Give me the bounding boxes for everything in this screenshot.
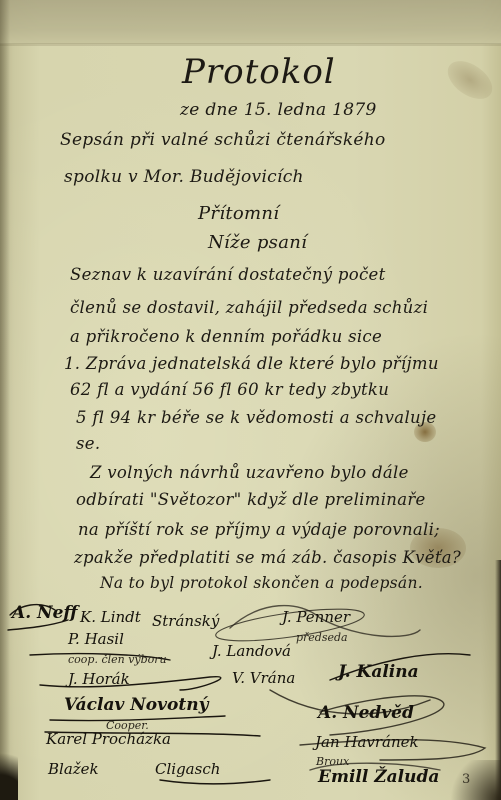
signature: A. Nedvěd <box>318 703 414 723</box>
signature: Cligasch <box>155 760 220 778</box>
signature-role: coop. člen výboru <box>68 653 167 666</box>
body-line: 1. Zpráva jednatelská dle které bylo pří… <box>64 354 439 373</box>
paper-stain <box>441 53 499 106</box>
signature: V. Vrána <box>232 669 295 687</box>
page-top-shadow <box>0 0 501 44</box>
body-line: na příští rok se příjmy a výdaje porovna… <box>78 520 440 539</box>
signature-role: předseda <box>296 631 348 644</box>
body-line: Z volných návrhů uzavřeno bylo dále <box>90 463 409 482</box>
closing-line: Na to byl protokol skončen a podepsán. <box>100 574 423 592</box>
signature: J. Kalina <box>338 662 419 682</box>
signature: Jan Havránek <box>315 733 419 751</box>
signature: Václav Novotný <box>64 695 208 715</box>
signature: J. Landová <box>212 642 291 660</box>
page-corner-shadow-right <box>441 760 501 800</box>
present-label: Přítomní <box>198 203 279 224</box>
body-line: a přikročeno k denním pořádku sice <box>70 327 382 346</box>
body-line: odbírati "Světozor" když dle preliminaře <box>76 490 426 509</box>
body-line: zpakže předplatiti se má záb. časopis Kv… <box>74 548 461 567</box>
signature: Emill Žaluda <box>318 767 439 787</box>
signature: Stránský <box>152 612 219 630</box>
document-page: Protokol ze dne 15. ledna 1879 Sepsán př… <box>0 0 501 800</box>
signature: J. Horák <box>68 670 130 688</box>
intro-line: Sepsán při valné schůzi čtenářského <box>60 130 386 150</box>
page-left-edge <box>0 0 10 800</box>
body-line: 5 fl 94 kr béře se k vědomosti a schvalu… <box>76 408 436 427</box>
signature: K. Lindt <box>80 608 141 626</box>
intro-line: spolku v Mor. Budějovicích <box>64 167 304 187</box>
document-date: ze dne 15. ledna 1879 <box>180 100 377 120</box>
signature: P. Hasil <box>68 630 124 648</box>
document-title: Protokol <box>182 52 336 92</box>
page-corner-shadow <box>0 740 18 800</box>
page-number: 3 <box>462 772 470 787</box>
body-line: Seznav k uzavírání dostatečný počet <box>70 265 386 284</box>
signature: J. Penner <box>282 608 350 626</box>
body-line: 62 fl a vydání 56 fl 60 kr tedy zbytku <box>70 380 389 399</box>
undersigned-label: Níže psaní <box>208 232 307 253</box>
signature: A. Neff <box>12 603 77 623</box>
signature: Karel Procházka <box>46 730 171 748</box>
body-line: členů se dostavil, zahájil předseda schů… <box>70 298 428 317</box>
signature: Blažek <box>48 760 99 778</box>
body-line: se. <box>76 434 100 453</box>
